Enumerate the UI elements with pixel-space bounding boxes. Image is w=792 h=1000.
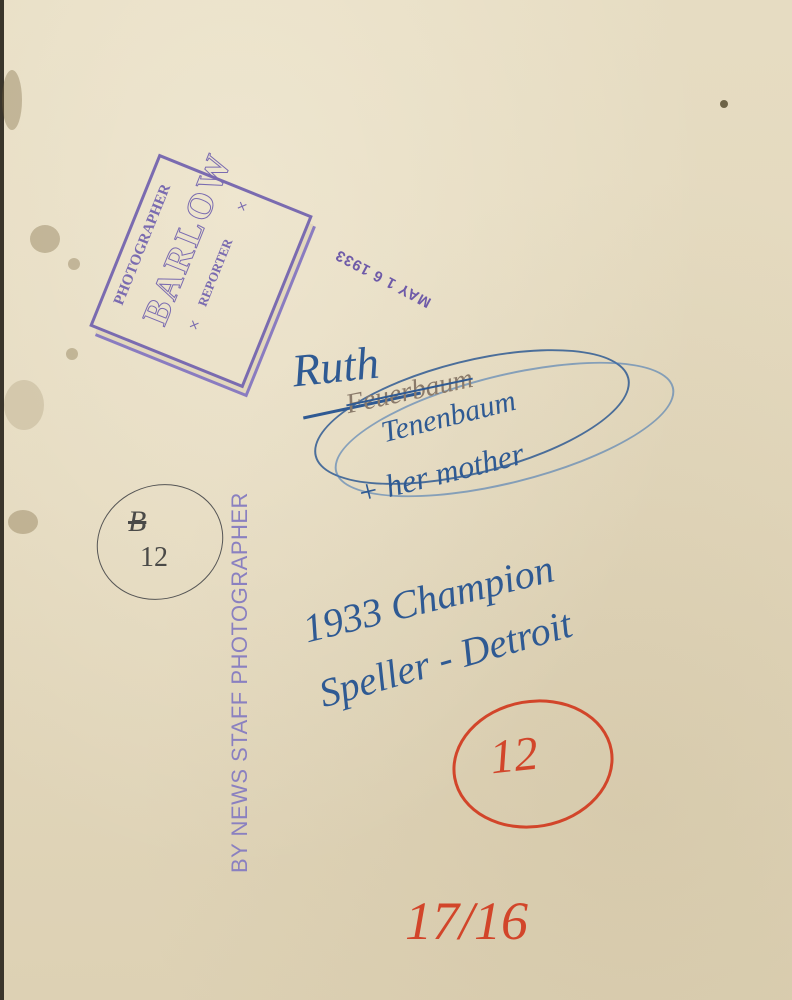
red-circle-number: 12 [487,726,540,786]
stain [8,510,38,534]
date-stamp: MAY 1 6 1933 [332,246,434,311]
stain [720,100,728,108]
red-fraction: 17/16 [405,890,528,952]
stain [66,348,78,360]
stamp-ornament-icon: ⨯ [185,317,204,333]
staff-photographer-stamp: BY NEWS STAFF PHOTOGRAPHER [227,513,253,873]
stain [2,70,22,130]
stain [30,225,60,253]
stamp-ornament-icon: ⨯ [233,198,252,214]
stain [4,380,44,430]
pencil-struck-letter: B [128,505,146,539]
pencil-number: 12 [140,542,168,574]
photographer-stamp: PHOTOGRAPHER BARLOW REPORTER ⨯ ⨯ [89,154,313,389]
photo-back-paper: PHOTOGRAPHER BARLOW REPORTER ⨯ ⨯ MAY 1 6… [0,0,792,1000]
stain [68,258,80,270]
paper-edge [0,0,4,1000]
